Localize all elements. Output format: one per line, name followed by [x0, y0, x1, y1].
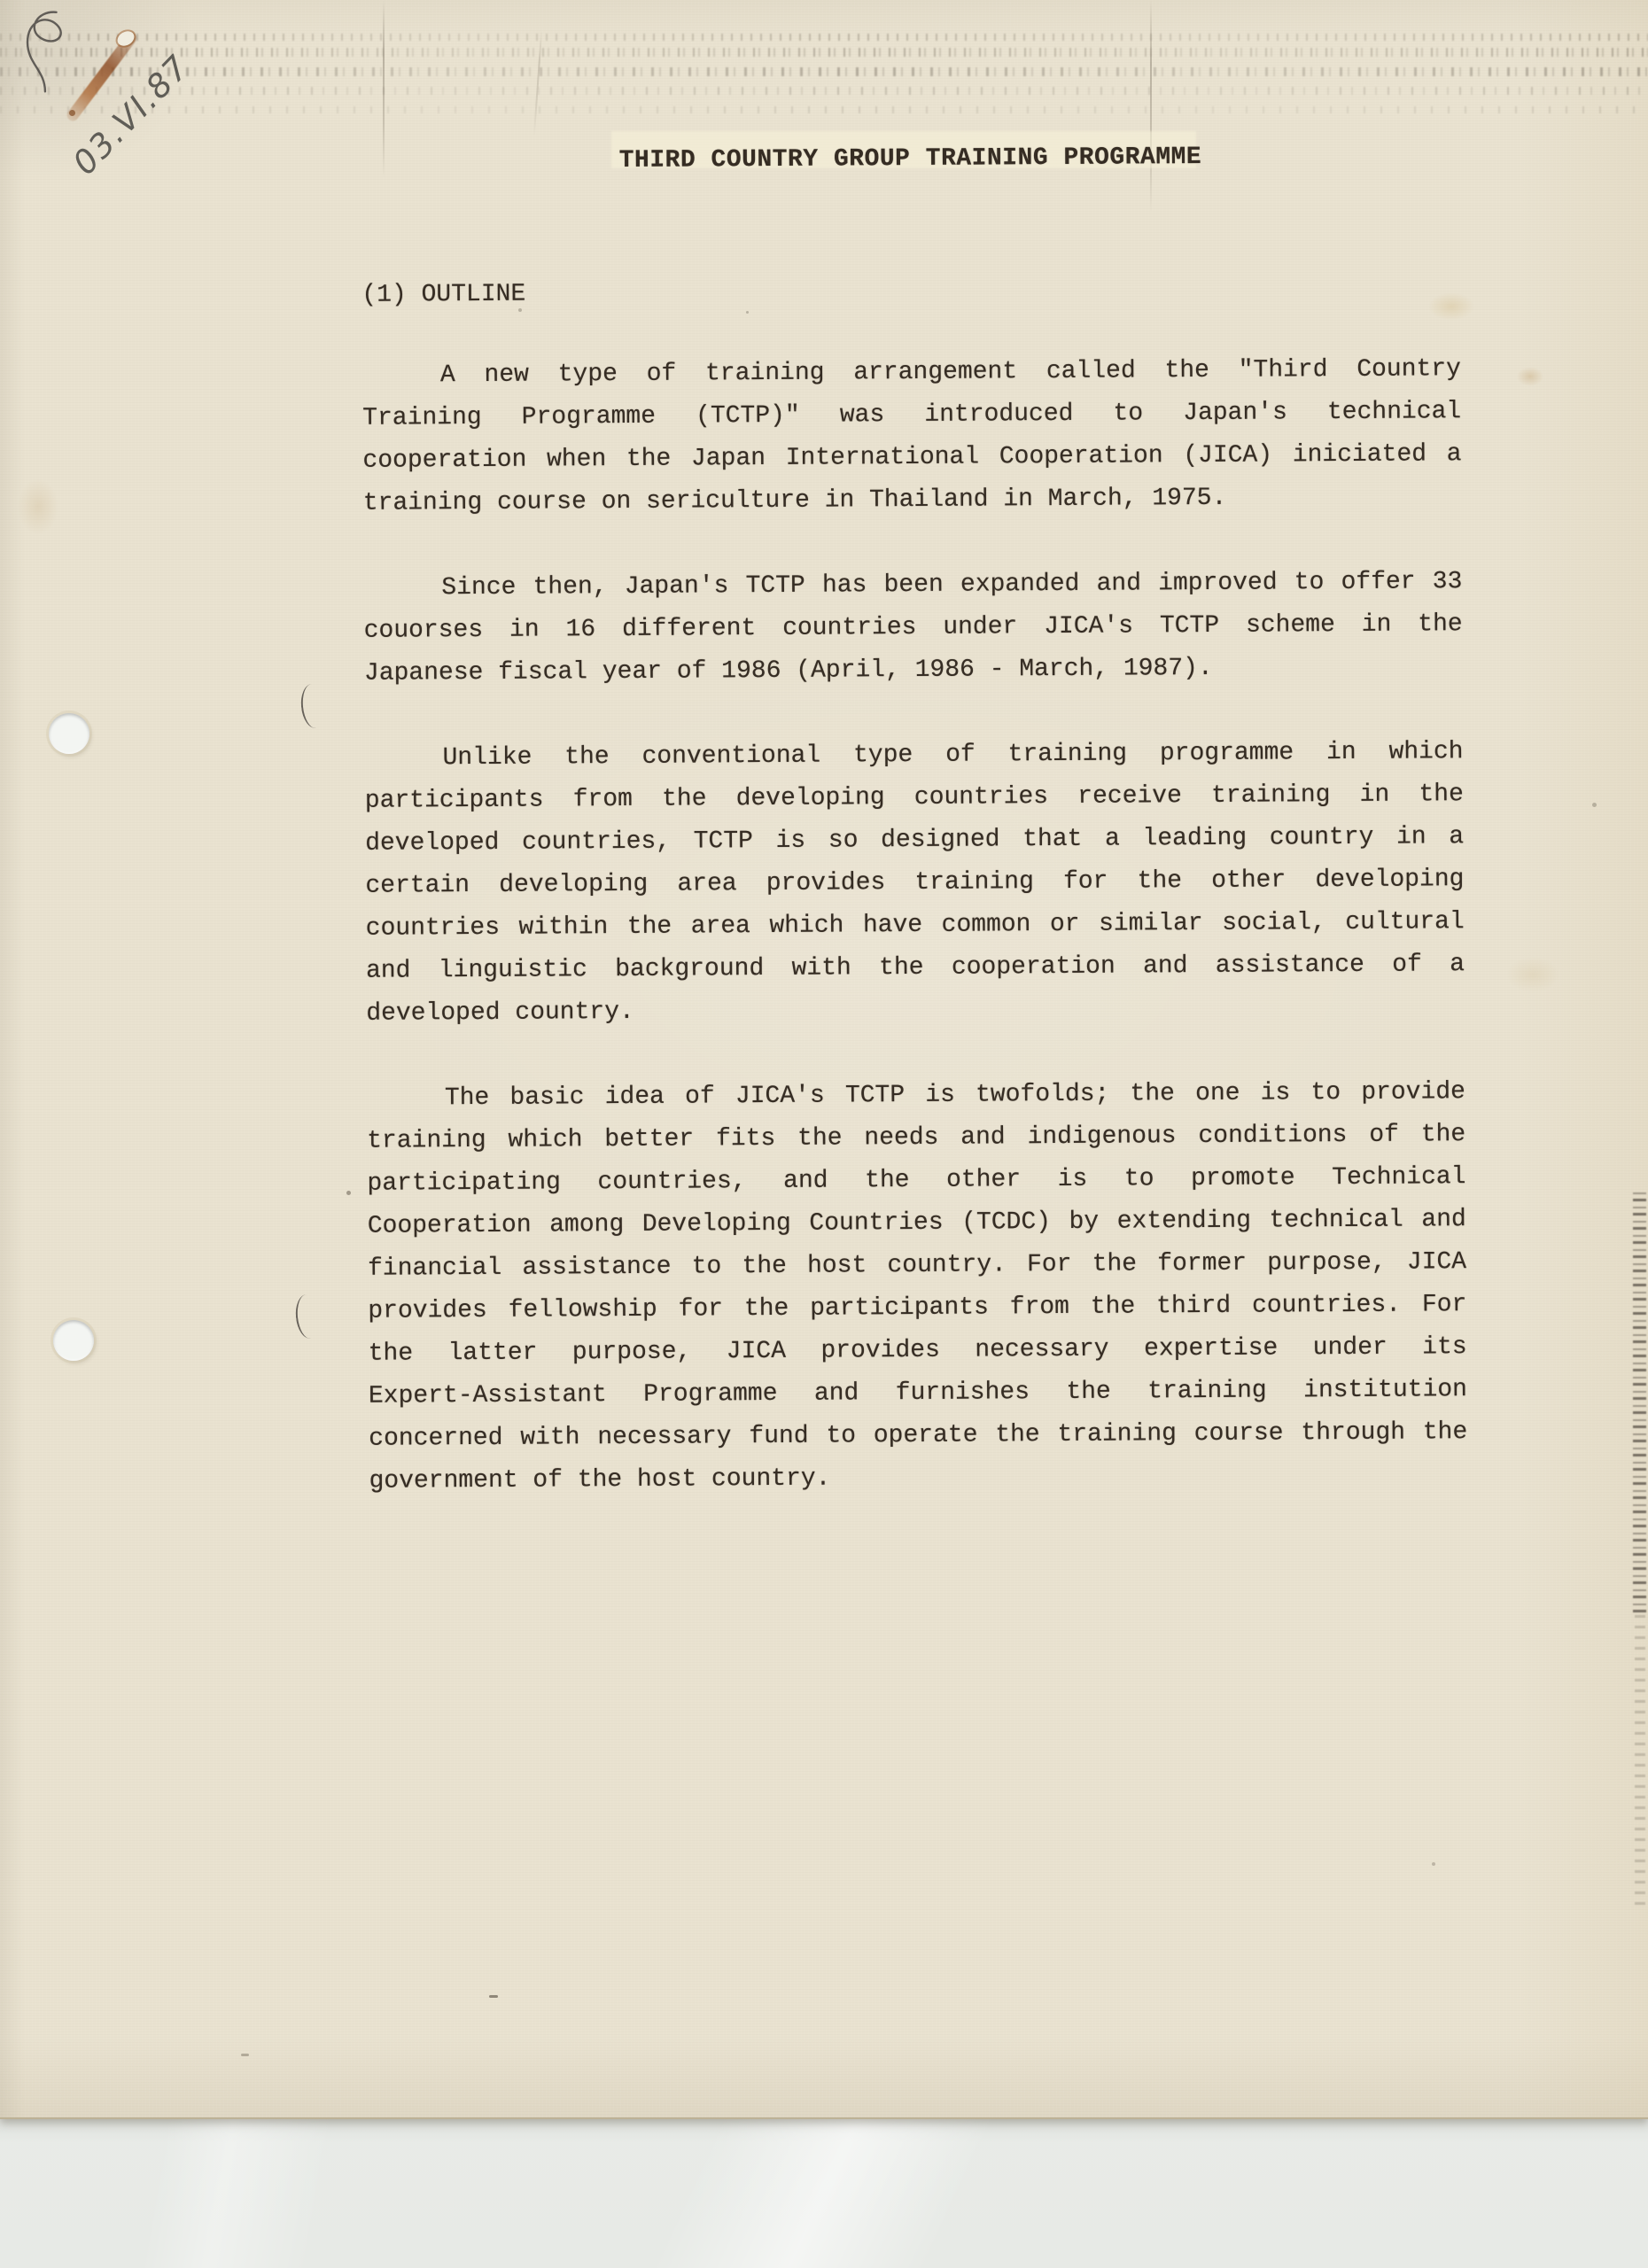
text-line: and linguistic background with the coope… — [366, 944, 1465, 993]
paragraph-1: A new type of training arrangement calle… — [362, 348, 1462, 525]
staple-rust-speck — [69, 110, 75, 116]
text-line: the latter purpose, JICA provides necess… — [369, 1326, 1467, 1376]
paragraph-4: The basic idea of JICA's TCTP is twofold… — [367, 1071, 1468, 1503]
paragraph-2: Since then, Japan's TCTP has been expand… — [363, 561, 1463, 695]
text-line: The basic idea of JICA's TCTP is twofold… — [367, 1071, 1465, 1121]
text-line: Expert-Assistant Programme and furnishes… — [369, 1369, 1467, 1418]
text-line: certain developing area provides trainin… — [365, 858, 1464, 908]
text-line: concerned with necessary fund to operate… — [369, 1411, 1467, 1461]
backing-sheet — [0, 2116, 1648, 2268]
text-line: developed countries, TCTP is so designed… — [365, 816, 1464, 866]
typed-text-block: THIRD COUNTRY GROUP TRAINING PROGRAMME (… — [361, 135, 1467, 1503]
text-line: government of the host country. — [369, 1454, 1467, 1503]
pencil-dash — [489, 1995, 498, 1998]
carbon-smudge-band — [0, 30, 1648, 124]
text-line: Cooperation among Developing Countries (… — [368, 1199, 1466, 1248]
paragraph-3: Unlike the conventional type of training… — [364, 731, 1465, 1036]
text-line: Since then, Japan's TCTP has been expand… — [363, 561, 1462, 610]
paper-sheet: THIRD COUNTRY GROUP TRAINING PROGRAMME (… — [0, 0, 1648, 2119]
pencil-dash — [241, 2054, 249, 2056]
text-line: developed country. — [366, 986, 1465, 1036]
text-line: training course on sericulture in Thaila… — [363, 476, 1462, 525]
text-line: financial assistance to the host country… — [368, 1241, 1466, 1291]
text-line: provides fellowship for the participants… — [368, 1284, 1466, 1333]
smudge-row — [0, 67, 1648, 76]
punch-hole — [49, 713, 89, 754]
text-line: participants from the developing countri… — [365, 773, 1464, 823]
right-edge-print-marks — [1635, 1612, 1645, 1905]
text-line: training which better fits the needs and… — [367, 1114, 1465, 1163]
smudge-row — [0, 87, 1648, 95]
right-edge-print-marks — [1633, 1187, 1646, 1612]
text-line: couorses in 16 different countries under… — [364, 603, 1463, 653]
text-line: Unlike the conventional type of training… — [364, 731, 1463, 781]
ink-speck — [1432, 1862, 1435, 1866]
ink-speck — [1592, 803, 1597, 807]
smudge-row — [0, 34, 1648, 41]
text-line: cooperation when the Japan International… — [362, 433, 1461, 483]
ink-speck — [346, 1191, 351, 1195]
smudge-row — [0, 48, 1648, 57]
text-line: countries within the area which have com… — [366, 901, 1465, 951]
section-heading: (1) OUTLINE — [361, 268, 1460, 317]
text-line: participating countries, and the other i… — [367, 1156, 1465, 1206]
text-line: Japanese fiscal year of 1986 (April, 198… — [364, 646, 1463, 695]
text-line: A new type of training arrangement calle… — [362, 348, 1461, 398]
scanned-document: { "doc": { "handwritten_date": "03.VI.87… — [0, 0, 1648, 2268]
smudge-row — [0, 106, 1648, 113]
page-title: THIRD COUNTRY GROUP TRAINING PROGRAMME — [361, 135, 1459, 184]
text-line: Training Programme (TCTP)" was introduce… — [362, 391, 1461, 440]
punch-hole — [53, 1320, 94, 1361]
